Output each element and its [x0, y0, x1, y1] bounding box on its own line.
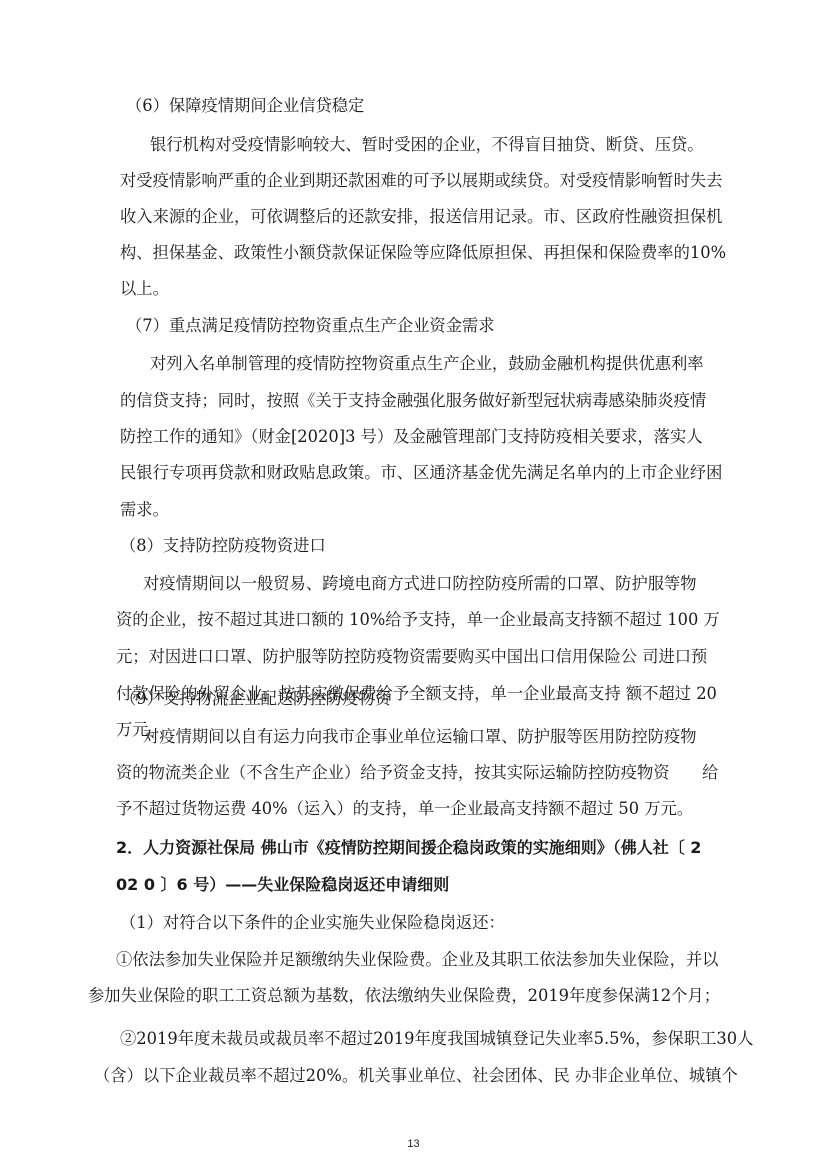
item-1: （1）对符合以下条件的企业实施失业保险稳岗返还：: [120, 913, 505, 933]
paragraph-line: 需求。: [120, 500, 169, 520]
paragraph-line: 资的企业，按不超过其进口额的 10%给予支持，单一企业最高支持额不超过 100 …: [116, 610, 720, 630]
section-2-heading-cont: 02 0 〕6 号）——失业保险稳岗返还申请细则: [116, 875, 449, 895]
paragraph-line: 的信贷支持；同时，按照《关于支持金融强化服务做好新型冠状病毒感染肺炎疫情: [120, 391, 706, 411]
page-number: 13: [0, 1138, 827, 1150]
condition-1-cont: 参加失业保险的职工工资总额为基数，依法缴纳失业保险费，2019年度参保满12个月…: [88, 986, 720, 1006]
paragraph-line: 对疫情期间以一般贸易、跨境电商方式进口防控防疫所需的口罩、防护服等物: [143, 574, 697, 594]
paragraph-line: 银行机构对受疫情影响较大、暂时受困的企业，不得盲目抽贷、断贷、压贷。: [150, 135, 704, 155]
subheading-6: （6）保障疫情期间企业信贷稳定: [126, 96, 364, 116]
paragraph-line: 以上。: [120, 279, 169, 299]
paragraph-line: 元；对因进口口罩、防护服等防控防疫物资需要购买中国出口信用保险公 司进口预: [116, 647, 707, 667]
subheading-9: （9）支持物流企业配送防控防疫物资: [120, 689, 391, 709]
condition-1: ①依法参加失业保险并足额缴纳失业保险费。企业及其职工依法参加失业保险，并以: [116, 950, 718, 970]
paragraph-line: 对受疫情影响严重的企业到期还款困难的可予以展期或续贷。对受疫情影响暂时失去: [120, 171, 722, 191]
paragraph-line: 予不超过货物运费 40%（运入）的支持，单一企业最高支持额不超过 50 万元。: [116, 799, 693, 819]
section-2-heading: 2．人力资源社保局 佛山市《疫情防控期间援企稳岗政策的实施细则》（佛人社〔 2: [116, 838, 701, 858]
paragraph-line: 收入来源的企业，可依调整后的还款安排，报送信用记录。市、区政府性融资担保机: [120, 207, 722, 227]
paragraph-line: 构、担保基金、政策性小额贷款保证保险等应降低原担保、再担保和保险费率的10%: [120, 243, 726, 263]
paragraph-line: 对列入名单制管理的疫情防控物资重点生产企业，鼓励金融机构提供优惠利率: [150, 354, 704, 374]
paragraph-line: 防控工作的通知》（财金[2020]3 号）及金融管理部门支持防疫相关要求，落实人: [120, 427, 703, 447]
subheading-7: （7）重点满足疫情防控物资重点生产企业资金需求: [126, 316, 495, 336]
paragraph-line: 资的物流类企业（不含生产企业）给予资金支持，按其实际运输防控防疫物资 给: [116, 763, 718, 783]
subheading-8: （8）支持防控防疫物资进口: [120, 536, 326, 556]
paragraph-line: 对疫情期间以自有运力向我市企事业单位运输口罩、防护服等医用防控防疫物: [143, 727, 697, 747]
paragraph-line: 民银行专项再贷款和财政贴息政策。市、区通济基金优先满足名单内的上市企业纾困: [120, 463, 722, 483]
condition-2: ②2019年度未裁员或裁员率不超过2019年度我国城镇登记失业率5.5%，参保职…: [120, 1029, 753, 1049]
condition-2-cont: （含）以下企业裁员率不超过20%。机关事业单位、社会团体、民 办非企业单位、城镇…: [94, 1066, 738, 1086]
